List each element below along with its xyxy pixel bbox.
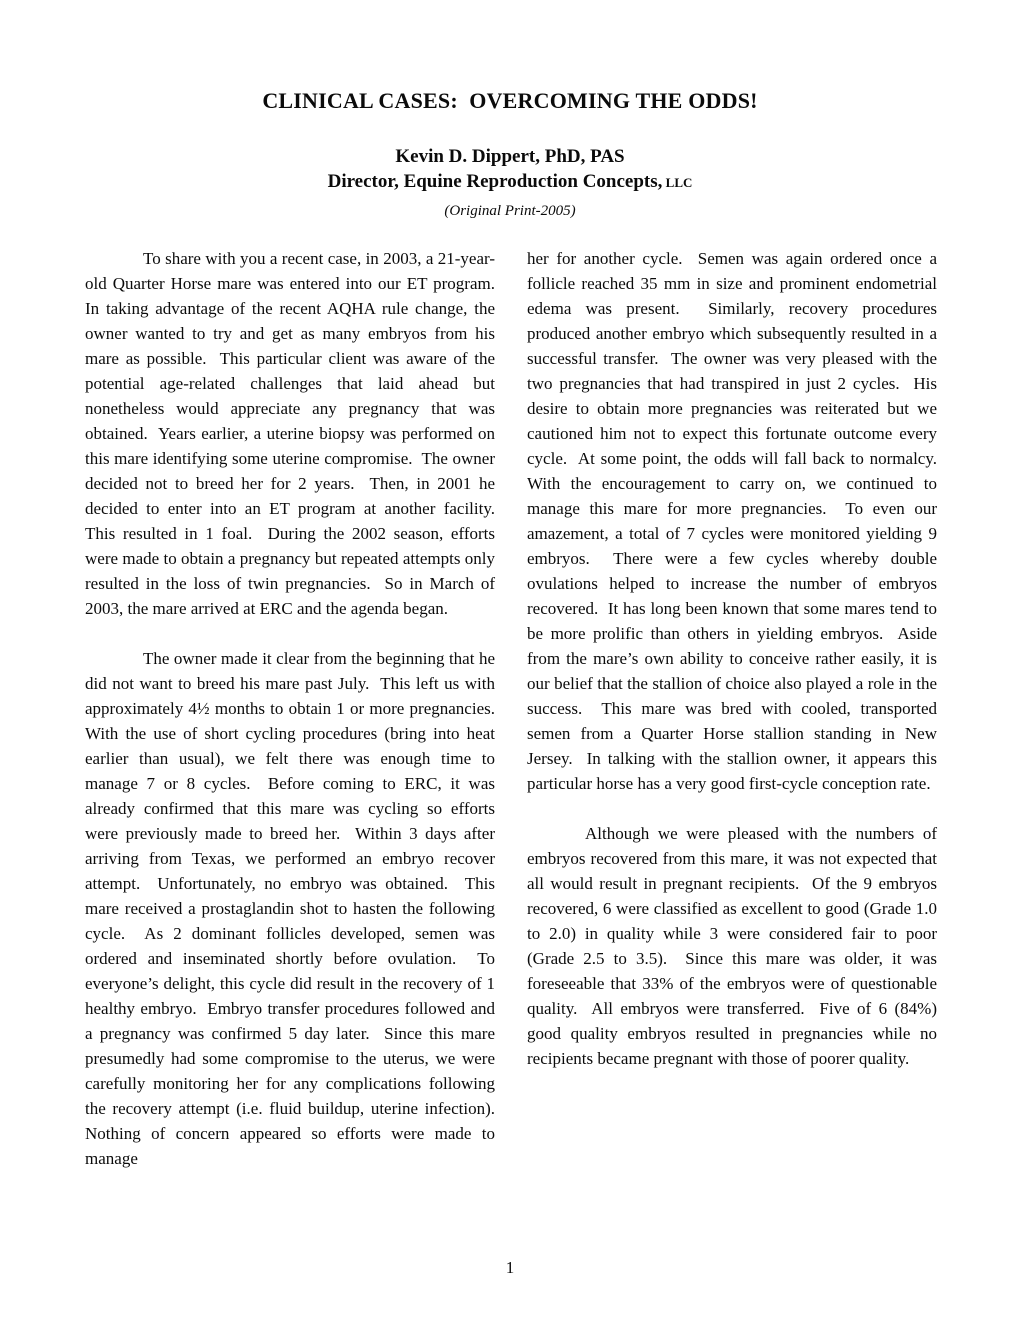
right-column: her for another cycle. Semen was again o… — [527, 246, 937, 1196]
document-title: CLINICAL CASES: OVERCOMING THE ODDS! — [0, 88, 1020, 114]
original-print-note: (Original Print-2005) — [0, 199, 1020, 224]
document-header: CLINICAL CASES: OVERCOMING THE ODDS! Kev… — [0, 0, 1020, 224]
paragraph: To share with you a recent case, in 2003… — [85, 246, 495, 621]
byline-block: Kevin D. Dippert, PhD, PAS Director, Equ… — [0, 144, 1020, 224]
paragraph: The owner made it clear from the beginni… — [85, 646, 495, 1171]
page-footer: 1 — [0, 1258, 1020, 1278]
document-page: CLINICAL CASES: OVERCOMING THE ODDS! Kev… — [0, 0, 1020, 1320]
left-column: To share with you a recent case, in 2003… — [85, 246, 495, 1196]
paragraph: Although we were pleased with the number… — [527, 821, 937, 1071]
affiliation-llc-suffix: LLC — [662, 175, 692, 190]
author-name: Kevin D. Dippert, PhD, PAS — [0, 144, 1020, 169]
paragraph-continuation: her for another cycle. Semen was again o… — [527, 246, 937, 796]
article-body: To share with you a recent case, in 2003… — [0, 246, 1020, 1196]
affiliation-text: Director, Equine Reproduction Concepts, — [328, 171, 663, 192]
author-affiliation: Director, Equine Reproduction Concepts, … — [0, 169, 1020, 195]
page-number: 1 — [506, 1258, 515, 1277]
